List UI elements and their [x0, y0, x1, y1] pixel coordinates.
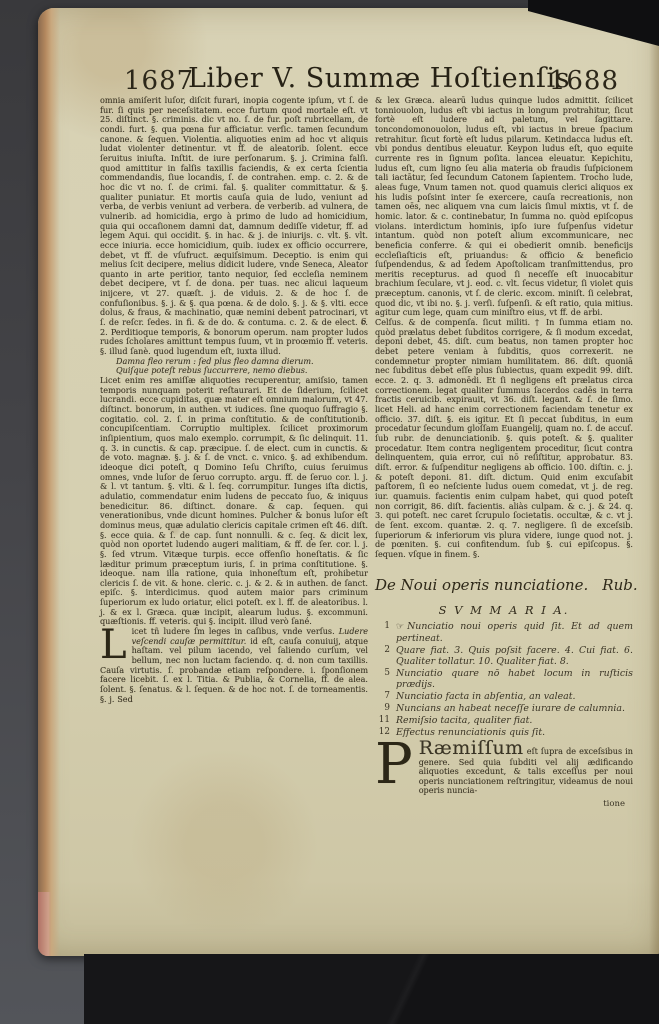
summaria-item-text: Nunciatio facta in abſentia, an valeat. — [396, 691, 633, 702]
left-paragraph-2: Licet enim res amiſſæ aliquoties recuper… — [100, 376, 368, 627]
summaria-item: 1 ☞Nunciatio noui operis quid ſit. Et ad… — [375, 621, 633, 644]
summaria-item-number: 1 — [375, 621, 390, 644]
catchword: tione — [375, 799, 625, 809]
summaria-item: 7 Nunciatio facta in abſentia, an valeat… — [375, 691, 633, 702]
summaria-item: 5 Nunciatio quare nō habet locum in ruſt… — [375, 668, 633, 690]
left-paragraph-1: omnia amiſerit luſor, diſcit furari, ino… — [100, 96, 368, 357]
summaria-item-number: 12 — [375, 727, 390, 738]
summaria-item-label: Nunciatio noui operis quid ſit. Et ad qu… — [396, 621, 633, 644]
right-paragraph-1: & lex Græca. alearū ludus quinque ludos … — [375, 96, 633, 318]
summaria-item-number: 5 — [375, 668, 390, 690]
running-title: Liber V. Summæ Hoſtienſis — [188, 63, 518, 94]
book-cover-bottom — [84, 954, 659, 1024]
section-heading-text: De Noui operis nunciatione. — [375, 576, 588, 594]
spine-edge — [38, 8, 60, 956]
page-number-right: 1688 — [549, 66, 619, 96]
spine-edge-red-tint — [38, 892, 51, 956]
left-paragraph-3-rest: id eſt, cauſa conuiuij, atque haſtam. ve… — [100, 636, 368, 704]
left-paragraph-3-lead: icet tñ ludere ſm leges in caſibus, vnde… — [132, 626, 339, 636]
summaria-item: 9 Nuncians an habeat neceſſe iurare de c… — [375, 703, 633, 714]
summaria-item-text: Nuncians an habeat neceſſe iurare de cal… — [396, 703, 633, 714]
right-paragraph-2: 6Celſus. & de compenſa. ſicut militi. † … — [375, 318, 633, 559]
summaria-item-text: Nunciatio quare nō habet locum in ruſtic… — [396, 668, 633, 690]
page-number-left: 1687 — [124, 66, 194, 96]
summaria-title: S V M M A R I A. — [375, 603, 633, 617]
book-page: 1687 Liber V. Summæ Hoſtienſis 1688 omni… — [38, 8, 659, 956]
summaria-item: 2 Quare fiat. 3. Quis poſsit facere. 4. … — [375, 645, 633, 667]
left-text-column: omnia amiſerit luſor, diſcit furari, ino… — [100, 96, 368, 704]
summaria-item-text: Quare fiat. 3. Quis poſsit facere. 4. Cu… — [396, 645, 633, 667]
summaria-item-number: 11 — [375, 715, 390, 726]
summaria-item: 11 Remiſsio tacita, qualiter fiat. — [375, 715, 633, 726]
section-heading: De Noui operis nunciatione.Rub. — [375, 576, 633, 594]
section-heading-rub: Rub. — [602, 576, 637, 594]
incipit-paragraph: PRæmiſſum eſt ſupra de exceſsibus in gen… — [375, 739, 633, 797]
summaria-item-number: 2 — [375, 645, 390, 667]
summaria-item-text: ☞Nunciatio noui operis quid ſit. Et ad q… — [396, 621, 633, 644]
dropcap-L: L — [100, 627, 132, 661]
margin-number: 6 — [361, 318, 366, 328]
summaria-item-number: 7 — [375, 691, 390, 702]
manicule-icon: ☞ — [396, 622, 404, 632]
summaria-item-number: 9 — [375, 703, 390, 714]
left-paragraph-3: Licet tñ ludere ſm leges in caſibus, vnd… — [100, 627, 368, 704]
incipit-word: Ræmiſſum — [419, 737, 524, 759]
dropcap-P: P — [375, 739, 419, 787]
right-paragraph-2-text: Celſus. & de compenſa. ſicut militi. † I… — [375, 317, 633, 559]
fore-edge-shadow — [649, 8, 659, 956]
summaria-item-text: Remiſsio tacita, qualiter fiat. — [396, 715, 633, 726]
right-text-column: & lex Græca. alearū ludus quinque ludos … — [375, 96, 633, 809]
